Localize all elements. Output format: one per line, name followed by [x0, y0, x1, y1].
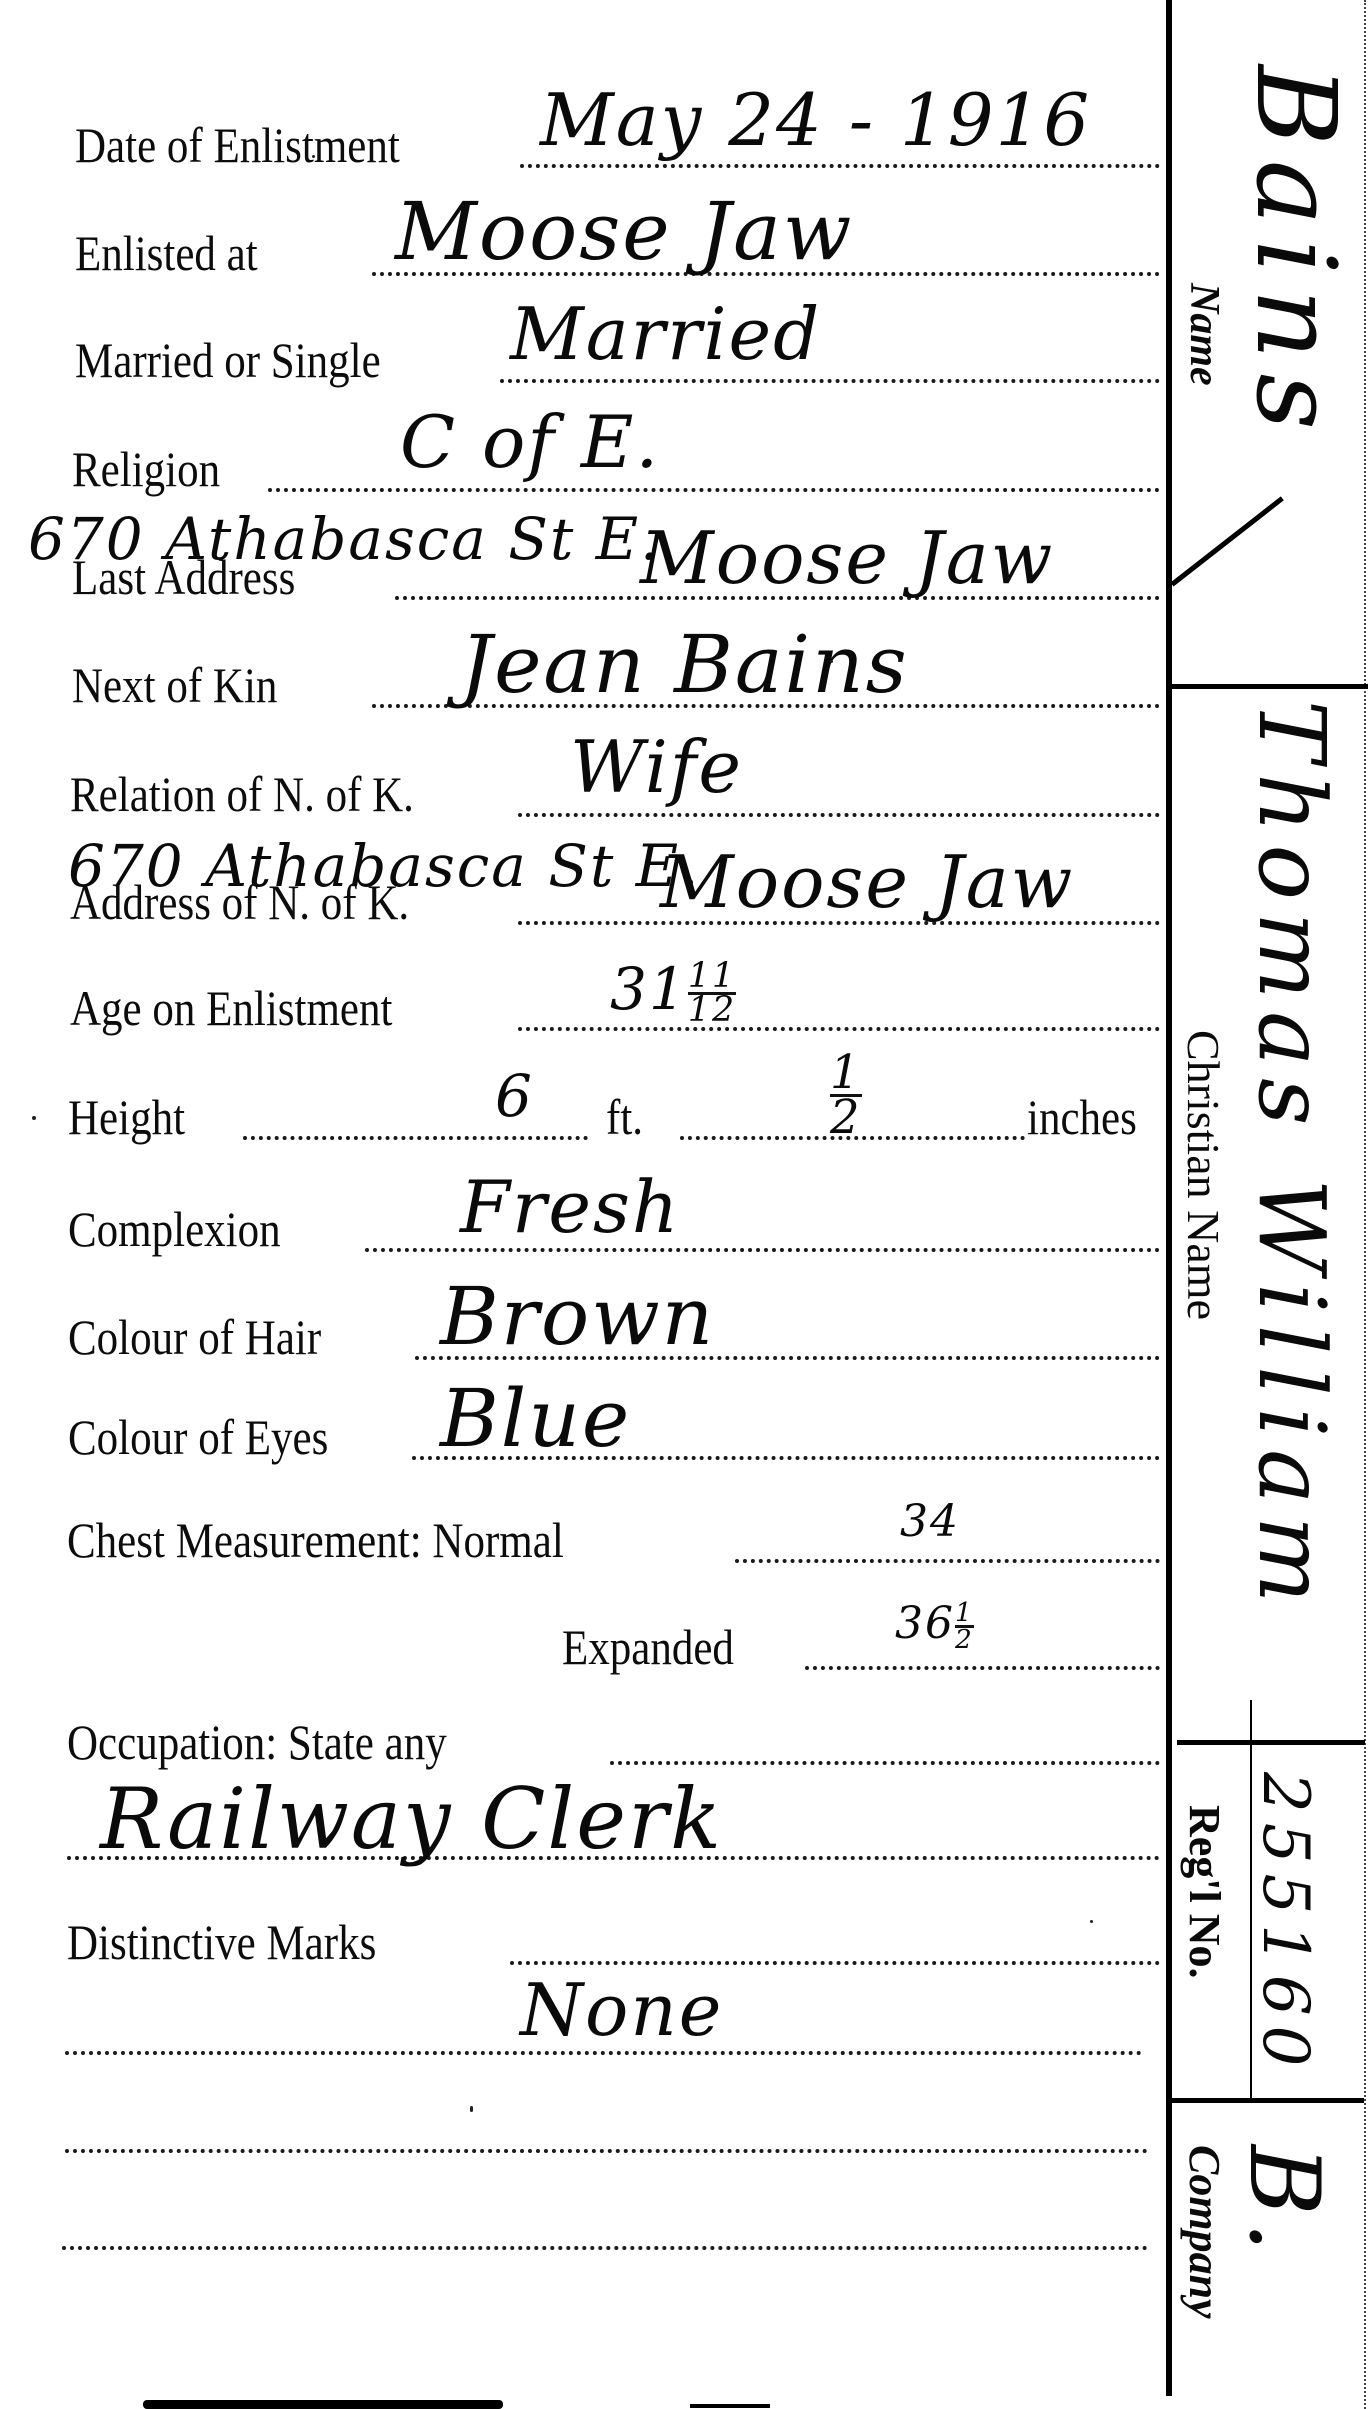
dotted-line — [805, 1666, 1160, 1670]
field-value-height-inches: 12 — [830, 1052, 862, 1139]
field-value-colour-of-hair: Brown — [440, 1270, 715, 1363]
dotted-line — [243, 1136, 588, 1140]
field-value-address-nok-line2: Moose Jaw — [660, 840, 1074, 924]
attestation-card: Date of Enlistment May 24 - 1916 Enliste… — [0, 0, 1368, 2409]
section-divider-christian-name — [1177, 1740, 1365, 1745]
field-value-height-feet: 6 — [495, 1062, 534, 1130]
name-strike — [1170, 496, 1283, 586]
dotted-line — [520, 164, 1160, 168]
marks-line-2 — [0, 2085, 1160, 2155]
company-value: B. — [1228, 2145, 1340, 2258]
age-fraction: 1112 — [688, 961, 736, 1027]
field-value-colour-of-eyes: Blue — [440, 1372, 631, 1465]
name-value: Bains — [1232, 65, 1360, 444]
field-label: Religion — [72, 444, 220, 494]
field-age: Age on Enlistment — [0, 963, 1160, 1033]
field-value-distinctive-marks: None — [520, 1968, 723, 2052]
christian-name-label: Christian Name — [1177, 1030, 1230, 1320]
dotted-line — [510, 1961, 1160, 1965]
field-value-religion: C of E. — [400, 400, 660, 484]
field-value-enlisted-at: Moose Jaw — [395, 185, 853, 278]
field-label: Colour of Hair — [68, 1312, 321, 1362]
expanded-whole: 36 — [895, 1598, 955, 1649]
dotted-line — [62, 2246, 1148, 2250]
height-feet-unit: ft. — [606, 1092, 643, 1142]
ink-speck — [312, 155, 315, 158]
company-label: Company — [1179, 2145, 1230, 2319]
column-divider — [1166, 0, 1172, 2396]
field-label: Chest Measurement: Normal — [67, 1515, 564, 1565]
field-label: Last Address — [72, 552, 295, 602]
inches-denominator: 2 — [830, 1097, 862, 1139]
field-value-relation-nok: Wife — [570, 725, 743, 809]
field-label: Date of Enlistment — [75, 120, 400, 170]
dotted-line — [735, 1559, 1160, 1563]
dotted-line — [518, 813, 1160, 817]
name-label: Name — [1180, 283, 1228, 386]
ink-speck — [830, 660, 833, 663]
field-value-next-of-kin: Jean Bains — [460, 618, 909, 711]
field-label: Expanded — [562, 1622, 734, 1672]
field-value-complexion: Fresh — [460, 1165, 680, 1249]
height-inches-unit: inches — [1027, 1092, 1137, 1142]
regl-no-value: 255160 — [1248, 1772, 1322, 2076]
field-label: Address of N. of K. — [70, 877, 409, 927]
field-distinctive-marks: Distinctive Marks — [0, 1897, 1160, 1967]
field-value-chest-expanded: 3612 — [895, 1598, 974, 1652]
bottom-edge-mark — [690, 2404, 770, 2408]
field-label: Age on Enlistment — [70, 983, 392, 1033]
bottom-edge-mark — [143, 2400, 503, 2409]
field-label: Complexion — [68, 1204, 281, 1254]
field-value-last-address-line2: Moose Jaw — [640, 516, 1054, 600]
field-label: Colour of Eyes — [68, 1412, 328, 1462]
age-denominator: 12 — [688, 995, 736, 1026]
section-divider-name — [1172, 684, 1368, 689]
age-whole: 31 — [610, 955, 688, 1023]
dotted-line — [65, 2149, 1148, 2153]
field-label: Relation of N. of K. — [70, 769, 414, 819]
field-label: Occupation: State any — [67, 1717, 447, 1767]
field-value-age: 311112 — [610, 955, 736, 1027]
field-chest-expanded: Expanded — [0, 1602, 1160, 1672]
field-label: Next of Kin — [72, 660, 277, 710]
christian-name-value: Thomas William — [1238, 700, 1345, 1615]
field-label: Married or Single — [75, 335, 381, 385]
dotted-line — [500, 379, 1160, 383]
marks-line-3 — [0, 2182, 1160, 2252]
field-height: Height ft. inches — [0, 1072, 1160, 1142]
section-divider-regl-no — [1170, 2098, 1364, 2103]
card-edge — [1364, 0, 1366, 2409]
field-value-married: Married — [510, 292, 821, 376]
expanded-fraction: 12 — [955, 1601, 974, 1652]
field-value-occupation: Railway Clerk — [100, 1770, 723, 1868]
height-inches-fraction: 12 — [830, 1052, 862, 1139]
field-label: Enlisted at — [75, 228, 258, 278]
ink-speck — [1090, 1920, 1093, 1923]
field-label: Height — [68, 1092, 185, 1142]
field-chest-normal: Chest Measurement: Normal — [0, 1495, 1160, 1565]
dotted-line — [518, 1027, 1160, 1031]
field-label: Distinctive Marks — [67, 1917, 376, 1967]
field-value-chest-normal: 34 — [900, 1496, 960, 1547]
field-occupation: Occupation: State any — [0, 1697, 1160, 1767]
expanded-denominator: 2 — [955, 1628, 974, 1652]
dotted-line — [610, 1761, 1160, 1765]
regl-no-label: Reg'l No. — [1179, 1805, 1230, 1979]
dotted-line — [268, 488, 1160, 492]
field-value-date-of-enlistment: May 24 - 1916 — [540, 78, 1091, 162]
ink-speck — [470, 2106, 473, 2112]
